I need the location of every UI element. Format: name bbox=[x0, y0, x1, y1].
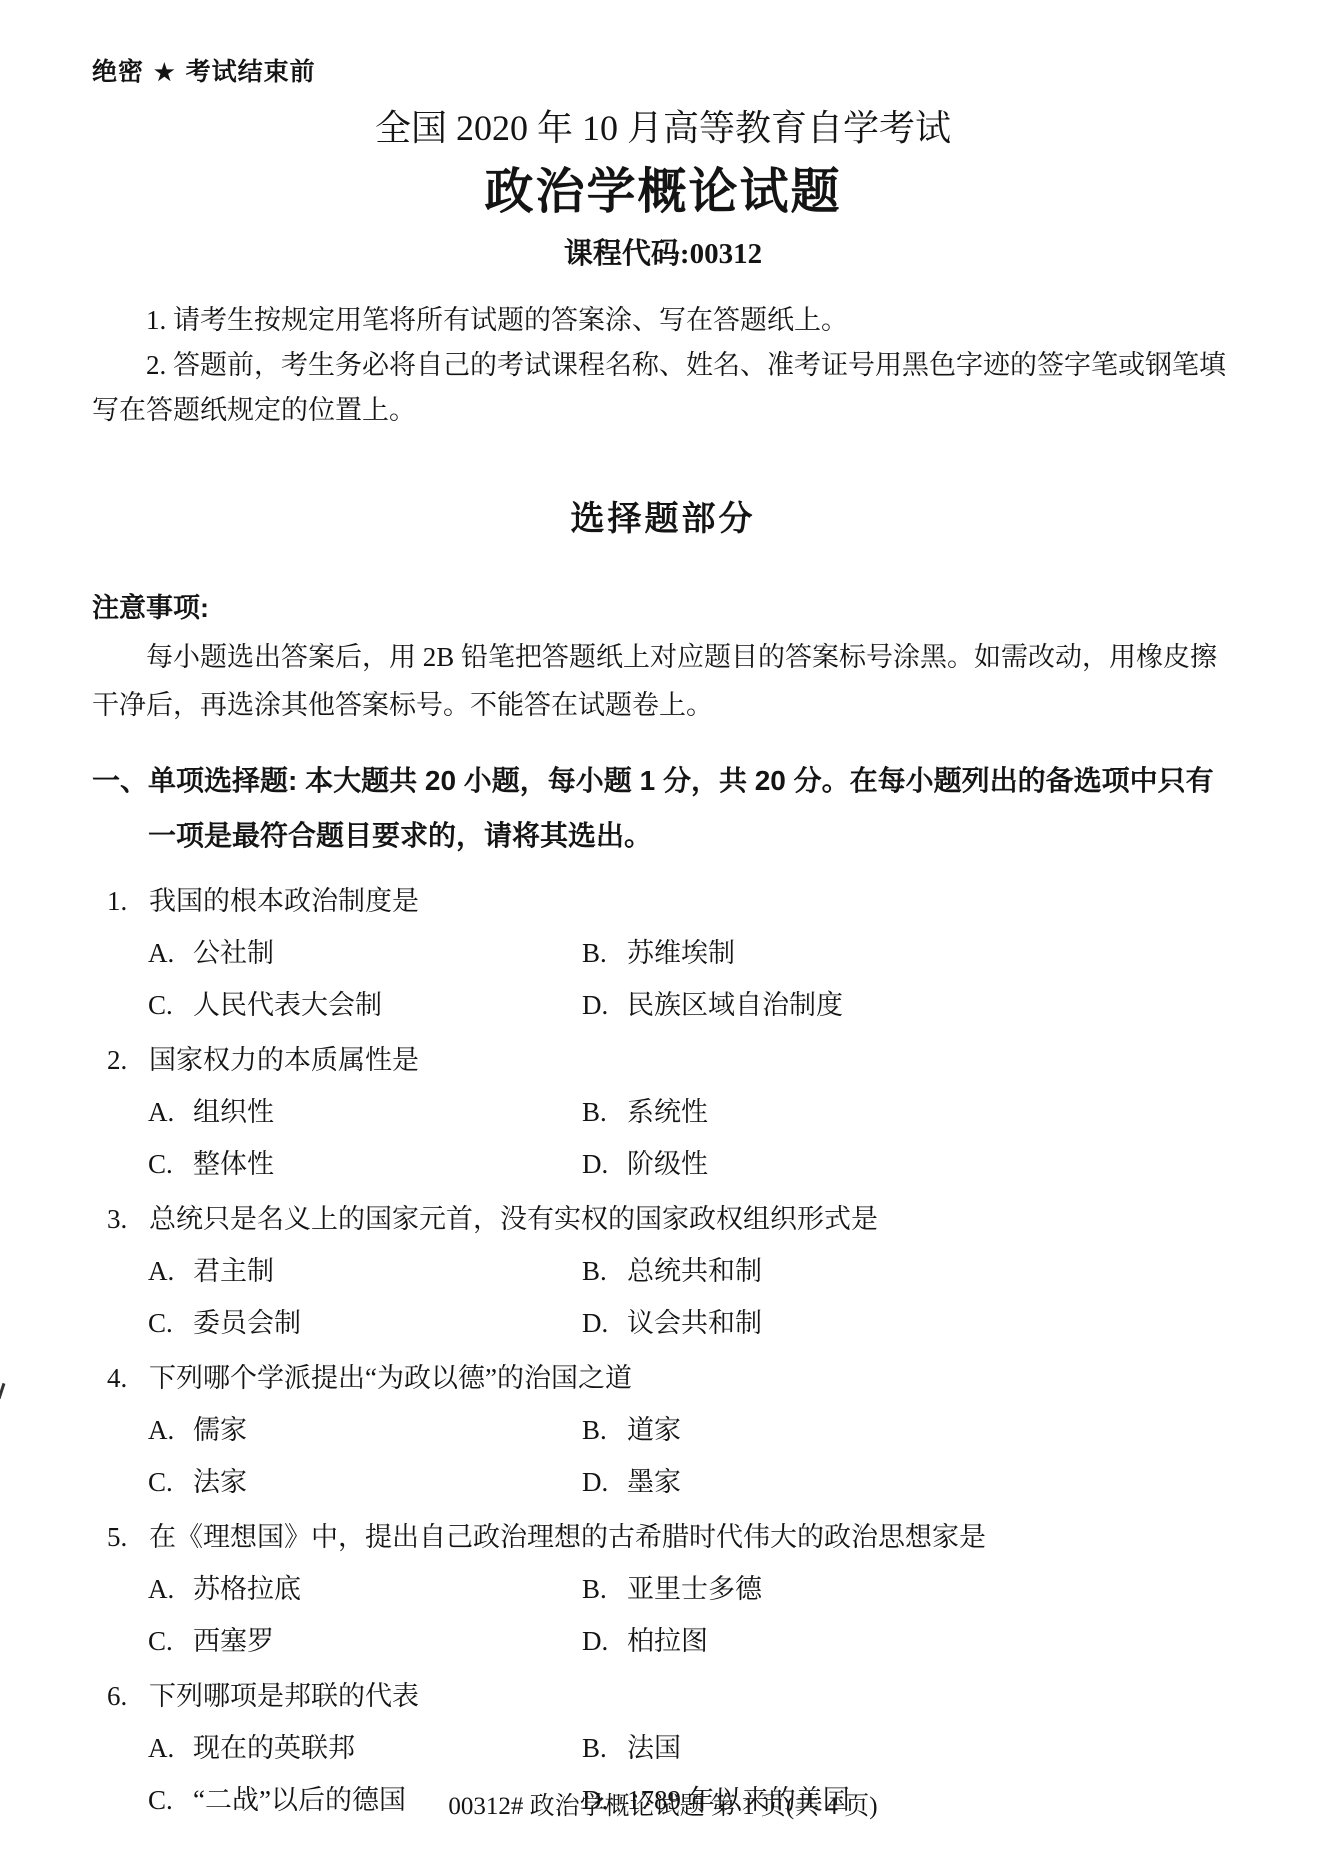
scan-artifact-mark bbox=[0, 1383, 5, 1399]
option-text: 法国 bbox=[627, 1733, 681, 1763]
option-b: B.系统性 bbox=[582, 1096, 708, 1129]
option-text: 人民代表大会制 bbox=[193, 990, 382, 1020]
option-label: D. bbox=[582, 1466, 615, 1499]
option-label: B. bbox=[582, 1414, 615, 1447]
option-d: D.柏拉图 bbox=[582, 1625, 708, 1658]
exam-paper-page: 绝密★考试结束前 全国 2020 年 10 月高等教育自学考试 政治学概论试题 … bbox=[0, 0, 1326, 1850]
question-number: 4. bbox=[107, 1362, 137, 1395]
option-label: A. bbox=[148, 937, 181, 970]
question-stem: 1.我国的根本政治制度是 bbox=[92, 885, 1234, 918]
option-label: A. bbox=[148, 1414, 181, 1447]
option-text: 民族区域自治制度 bbox=[627, 990, 843, 1020]
page-footer: 00312# 政治学概论试题 第 1 页(共 4 页) bbox=[0, 1786, 1326, 1822]
general-instructions: 1. 请考生按规定用笔将所有试题的答案涂、写在答题纸上。 2. 答题前，考生务必… bbox=[92, 298, 1234, 433]
option-text: 苏格拉底 bbox=[193, 1574, 301, 1604]
option-a: A.苏格拉底 bbox=[148, 1573, 582, 1606]
option-text: 柏拉图 bbox=[627, 1626, 708, 1656]
option-label: D. bbox=[582, 1148, 615, 1181]
option-d: D.阶级性 bbox=[582, 1148, 708, 1181]
question-text: 总统只是名义上的国家元首，没有实权的国家政权组织形式是 bbox=[149, 1204, 878, 1234]
option-label: C. bbox=[148, 1625, 181, 1658]
option-label: B. bbox=[582, 1573, 615, 1606]
option-row: A.儒家 B.道家 bbox=[92, 1414, 1234, 1447]
option-c: C.整体性 bbox=[148, 1148, 582, 1181]
option-label: C. bbox=[148, 1148, 181, 1181]
security-label: 绝密 bbox=[92, 58, 144, 86]
option-label: C. bbox=[148, 989, 181, 1022]
option-row: C.人民代表大会制 D.民族区域自治制度 bbox=[92, 989, 1234, 1022]
option-label: D. bbox=[582, 989, 615, 1022]
option-label: B. bbox=[582, 1096, 615, 1129]
question-number: 5. bbox=[107, 1521, 137, 1554]
question-stem: 5.在《理想国》中，提出自己政治理想的古希腊时代伟大的政治思想家是 bbox=[92, 1521, 1234, 1554]
option-text: 公社制 bbox=[193, 938, 274, 968]
option-label: A. bbox=[148, 1255, 181, 1288]
question-number: 2. bbox=[107, 1044, 137, 1077]
instruction-item-2: 2. 答题前，考生务必将自己的考试课程名称、姓名、准考证号用黑色字迹的签字笔或钢… bbox=[92, 343, 1234, 433]
option-row: A.苏格拉底 B.亚里士多德 bbox=[92, 1573, 1234, 1606]
option-label: B. bbox=[582, 1732, 615, 1765]
option-text: 总统共和制 bbox=[627, 1256, 762, 1286]
option-text: 阶级性 bbox=[627, 1149, 708, 1179]
question-text: 国家权力的本质属性是 bbox=[149, 1045, 419, 1075]
exam-title-line1: 全国 2020 年 10 月高等教育自学考试 bbox=[92, 100, 1234, 151]
option-row: A.君主制 B.总统共和制 bbox=[92, 1255, 1234, 1288]
question-item: 5.在《理想国》中，提出自己政治理想的古希腊时代伟大的政治思想家是 A.苏格拉底… bbox=[92, 1521, 1234, 1658]
option-label: A. bbox=[148, 1732, 181, 1765]
option-c: C.委员会制 bbox=[148, 1307, 582, 1340]
option-text: 法家 bbox=[193, 1467, 247, 1497]
part1-heading: 一、单项选择题: 本大题共 20 小题，每小题 1 分，共 20 分。在每小题列… bbox=[92, 753, 1234, 863]
option-b: B.道家 bbox=[582, 1414, 681, 1447]
choice-section-title: 选择题部分 bbox=[92, 491, 1234, 540]
option-text: 儒家 bbox=[193, 1415, 247, 1445]
option-label: B. bbox=[582, 937, 615, 970]
option-label: C. bbox=[148, 1466, 181, 1499]
question-text: 下列哪项是邦联的代表 bbox=[149, 1681, 419, 1711]
exam-title-line2: 政治学概论试题 bbox=[92, 153, 1234, 223]
question-item: 2.国家权力的本质属性是 A.组织性 B.系统性 C.整体性 D.阶级性 bbox=[92, 1044, 1234, 1181]
option-b: B.法国 bbox=[582, 1732, 681, 1765]
security-note: 考试结束前 bbox=[186, 58, 316, 86]
option-text: 现在的英联邦 bbox=[193, 1733, 355, 1763]
question-item: 3.总统只是名义上的国家元首，没有实权的国家政权组织形式是 A.君主制 B.总统… bbox=[92, 1203, 1234, 1340]
option-label: A. bbox=[148, 1096, 181, 1129]
option-b: B.亚里士多德 bbox=[582, 1573, 762, 1606]
option-row: A.现在的英联邦 B.法国 bbox=[92, 1732, 1234, 1765]
instruction-item-1: 1. 请考生按规定用笔将所有试题的答案涂、写在答题纸上。 bbox=[92, 298, 1234, 343]
course-code: 课程代码:00312 bbox=[92, 231, 1234, 272]
option-c: C.人民代表大会制 bbox=[148, 989, 582, 1022]
option-a: A.儒家 bbox=[148, 1414, 582, 1447]
option-a: A.君主制 bbox=[148, 1255, 582, 1288]
option-row: C.委员会制 D.议会共和制 bbox=[92, 1307, 1234, 1340]
question-text: 我国的根本政治制度是 bbox=[149, 886, 419, 916]
notes-text: 每小题选出答案后，用 2B 铅笔把答题纸上对应题目的答案标号涂黑。如需改动，用橡… bbox=[92, 633, 1234, 729]
option-text: 苏维埃制 bbox=[627, 938, 735, 968]
option-text: 西塞罗 bbox=[193, 1626, 274, 1656]
security-classification-line: 绝密★考试结束前 bbox=[92, 52, 1234, 88]
option-text: 亚里士多德 bbox=[627, 1574, 762, 1604]
question-text: 下列哪个学派提出“为政以德”的治国之道 bbox=[149, 1363, 632, 1393]
option-text: 墨家 bbox=[627, 1467, 681, 1497]
option-label: D. bbox=[582, 1307, 615, 1340]
question-stem: 2.国家权力的本质属性是 bbox=[92, 1044, 1234, 1077]
question-number: 1. bbox=[107, 885, 137, 918]
option-text: 整体性 bbox=[193, 1149, 274, 1179]
question-number: 6. bbox=[107, 1680, 137, 1713]
option-c: C.法家 bbox=[148, 1466, 582, 1499]
star-icon: ★ bbox=[144, 59, 186, 85]
option-a: A.组织性 bbox=[148, 1096, 582, 1129]
option-d: D.墨家 bbox=[582, 1466, 681, 1499]
question-number: 3. bbox=[107, 1203, 137, 1236]
question-stem: 3.总统只是名义上的国家元首，没有实权的国家政权组织形式是 bbox=[92, 1203, 1234, 1236]
option-a: A.现在的英联邦 bbox=[148, 1732, 582, 1765]
notes-label: 注意事项: bbox=[92, 586, 1234, 625]
option-d: D.议会共和制 bbox=[582, 1307, 762, 1340]
question-text: 在《理想国》中，提出自己政治理想的古希腊时代伟大的政治思想家是 bbox=[149, 1522, 986, 1552]
option-row: A.公社制 B.苏维埃制 bbox=[92, 937, 1234, 970]
option-b: B.总统共和制 bbox=[582, 1255, 762, 1288]
option-label: C. bbox=[148, 1307, 181, 1340]
question-item: 4.下列哪个学派提出“为政以德”的治国之道 A.儒家 B.道家 C.法家 D.墨… bbox=[92, 1362, 1234, 1499]
question-item: 1.我国的根本政治制度是 A.公社制 B.苏维埃制 C.人民代表大会制 D.民族… bbox=[92, 885, 1234, 1022]
option-label: A. bbox=[148, 1573, 181, 1606]
option-row: C.法家 D.墨家 bbox=[92, 1466, 1234, 1499]
option-c: C.西塞罗 bbox=[148, 1625, 582, 1658]
option-text: 道家 bbox=[627, 1415, 681, 1445]
option-text: 委员会制 bbox=[193, 1308, 301, 1338]
question-stem: 6.下列哪项是邦联的代表 bbox=[92, 1680, 1234, 1713]
option-label: D. bbox=[582, 1625, 615, 1658]
question-list: 1.我国的根本政治制度是 A.公社制 B.苏维埃制 C.人民代表大会制 D.民族… bbox=[92, 885, 1234, 1817]
option-b: B.苏维埃制 bbox=[582, 937, 735, 970]
option-label: B. bbox=[582, 1255, 615, 1288]
question-stem: 4.下列哪个学派提出“为政以德”的治国之道 bbox=[92, 1362, 1234, 1395]
option-row: C.西塞罗 D.柏拉图 bbox=[92, 1625, 1234, 1658]
option-text: 君主制 bbox=[193, 1256, 274, 1286]
option-d: D.民族区域自治制度 bbox=[582, 989, 843, 1022]
option-a: A.公社制 bbox=[148, 937, 582, 970]
option-row: C.整体性 D.阶级性 bbox=[92, 1148, 1234, 1181]
option-text: 议会共和制 bbox=[627, 1308, 762, 1338]
option-text: 组织性 bbox=[193, 1097, 274, 1127]
option-text: 系统性 bbox=[627, 1097, 708, 1127]
option-row: A.组织性 B.系统性 bbox=[92, 1096, 1234, 1129]
